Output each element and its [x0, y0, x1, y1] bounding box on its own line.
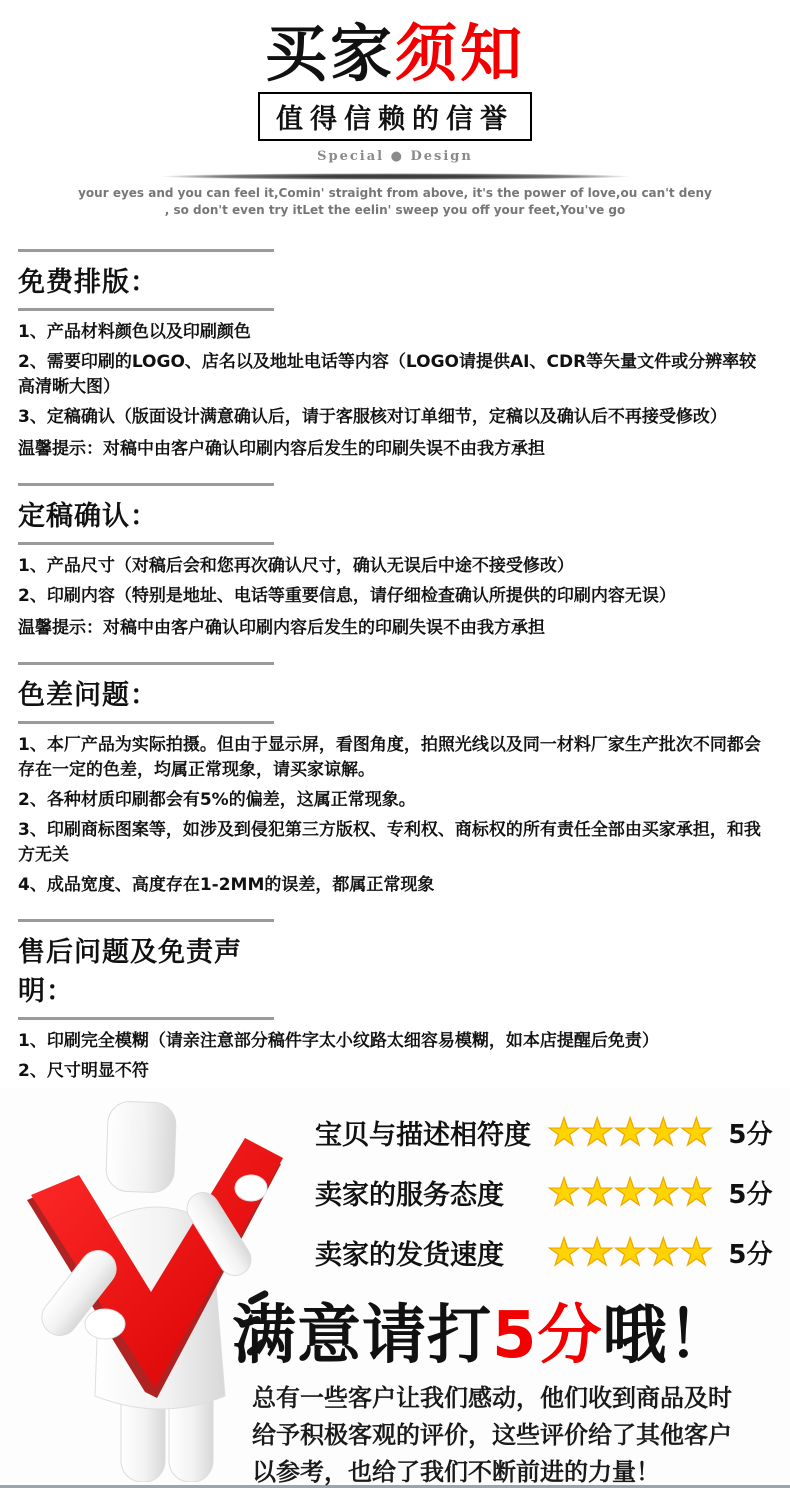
rating-score: 5分: [728, 1174, 772, 1211]
list-item: 1、产品材料颜色以及印刷颜色: [18, 320, 772, 345]
star-group: ★★★★★: [547, 1173, 712, 1211]
star-icon: ★: [646, 1173, 680, 1211]
rating-label: 卖家的发货速度: [315, 1233, 543, 1272]
lens-divider: [73, 172, 718, 181]
five-star-slogan: 满意请打5分哦！: [232, 1284, 733, 1376]
slogan-prefix: 满意请打: [232, 1299, 492, 1373]
star-icon: ★: [613, 1173, 647, 1211]
list-item: 3、定稿确认（版面设计满意确认后，请于客服核对订单细节，定稿以及确认后不再接受修…: [18, 405, 772, 430]
tagline: Special ● Design: [0, 149, 790, 164]
section-items: 1、本厂产品为实际拍摄。但由于显示屏，看图角度，拍照光线以及同一材料厂家生产批次…: [18, 733, 772, 898]
rating-label: 宝贝与描述相符度: [315, 1113, 543, 1152]
section-title: 色差问题：: [18, 662, 274, 724]
slogan-suffix: 哦！: [603, 1299, 733, 1373]
section-draft-confirm: 定稿确认： 1、产品尺寸（对稿后会和您再次确认尺寸，确认无误后中途不接受修改） …: [18, 483, 772, 641]
star-icon: ★: [613, 1113, 647, 1151]
english-tagline: your eyes and you can feel it,Comin' str…: [0, 185, 790, 219]
rating-promo-section: 宝贝与描述相符度 ★★★★★ 5分 卖家的服务态度 ★★★★★ 5分 卖家的发货…: [0, 1088, 790, 1488]
section-title: 定稿确认：: [18, 483, 274, 545]
section-title: 免费排版：: [18, 249, 274, 311]
promo-paragraph: 总有一些客户让我们感动，他们收到商品及时给予积极客观的评价，这些评价给了其他客户…: [252, 1380, 748, 1488]
list-item: 4、成品宽度、高度存在1-2MM的误差，都属正常现象: [18, 873, 772, 898]
subtitle-wrap: 值得信赖的信誉: [0, 92, 790, 141]
list-item: 3、印刷商标图案等，如涉及到侵犯第三方版权、专利权、商标权的所有责任全部由买家承…: [18, 818, 772, 868]
rating-rows: 宝贝与描述相符度 ★★★★★ 5分 卖家的服务态度 ★★★★★ 5分 卖家的发货…: [315, 1110, 772, 1290]
section-free-layout: 免费排版： 1、产品材料颜色以及印刷颜色 2、需要印刷的LOGO、店名以及地址电…: [18, 249, 772, 462]
list-item: 2、各种材质印刷都会有5%的偏差，这属正常现象。: [18, 788, 772, 813]
section-items: 1、产品尺寸（对稿后会和您再次确认尺寸，确认无误后中途不接受修改） 2、印刷内容…: [18, 554, 772, 641]
section-items: 1、产品材料颜色以及印刷颜色 2、需要印刷的LOGO、店名以及地址电话等内容（L…: [18, 320, 772, 462]
section-color-difference: 色差问题： 1、本厂产品为实际拍摄。但由于显示屏，看图角度，拍照光线以及同一材料…: [18, 662, 772, 898]
rating-score: 5分: [728, 1114, 772, 1151]
star-icon: ★: [679, 1173, 713, 1211]
star-icon: ★: [580, 1173, 614, 1211]
section-note: 温馨提示：对稿中由客户确认印刷内容后发生的印刷失误不由我方承担: [18, 437, 772, 462]
list-item: 2、印刷内容（特别是地址、电话等重要信息，请仔细检查确认所提供的印刷内容无误）: [18, 584, 772, 609]
section-note: 温馨提示：对稿中由客户确认印刷内容后发生的印刷失误不由我方承担: [18, 616, 772, 641]
list-item: 1、本厂产品为实际拍摄。但由于显示屏，看图角度，拍照光线以及同一材料厂家生产批次…: [18, 733, 772, 783]
star-icon: ★: [547, 1233, 581, 1271]
rating-row: 卖家的服务态度 ★★★★★ 5分: [315, 1170, 772, 1214]
subtitle-box: 值得信赖的信誉: [258, 92, 532, 141]
english-line-1: your eyes and you can feel it,Comin' str…: [0, 185, 790, 202]
star-icon: ★: [547, 1173, 581, 1211]
section-title: 售后问题及免责声明：: [18, 919, 274, 1020]
star-icon: ★: [679, 1113, 713, 1151]
star-icon: ★: [580, 1233, 614, 1271]
star-group: ★★★★★: [547, 1233, 712, 1271]
page-title-black: 买家: [265, 17, 395, 90]
star-icon: ★: [646, 1233, 680, 1271]
list-item: 1、印刷完全模糊（请亲注意部分稿件字太小纹路太细容易模糊，如本店提醒后免责）: [18, 1029, 772, 1054]
star-icon: ★: [580, 1113, 614, 1151]
star-icon: ★: [646, 1113, 680, 1151]
page-title-red: 须知: [395, 17, 525, 90]
list-item: 2、需要印刷的LOGO、店名以及地址电话等内容（LOGO请提供AI、CDR等矢量…: [18, 350, 772, 400]
rating-row: 卖家的发货速度 ★★★★★ 5分: [315, 1230, 772, 1274]
rating-label: 卖家的服务态度: [315, 1173, 543, 1212]
slogan-highlight: 5分: [492, 1299, 603, 1373]
english-line-2: , so don't even try itLet the eelin' swe…: [0, 202, 790, 219]
rating-row: 宝贝与描述相符度 ★★★★★ 5分: [315, 1110, 772, 1154]
star-icon: ★: [547, 1113, 581, 1151]
star-group: ★★★★★: [547, 1113, 712, 1151]
list-item: 1、产品尺寸（对稿后会和您再次确认尺寸，确认无误后中途不接受修改）: [18, 554, 772, 579]
rating-score: 5分: [728, 1234, 772, 1271]
list-item: 2、尺寸明显不符: [18, 1059, 772, 1084]
page-title: 买家须知: [0, 20, 790, 88]
star-icon: ★: [679, 1233, 713, 1271]
star-icon: ★: [613, 1233, 647, 1271]
